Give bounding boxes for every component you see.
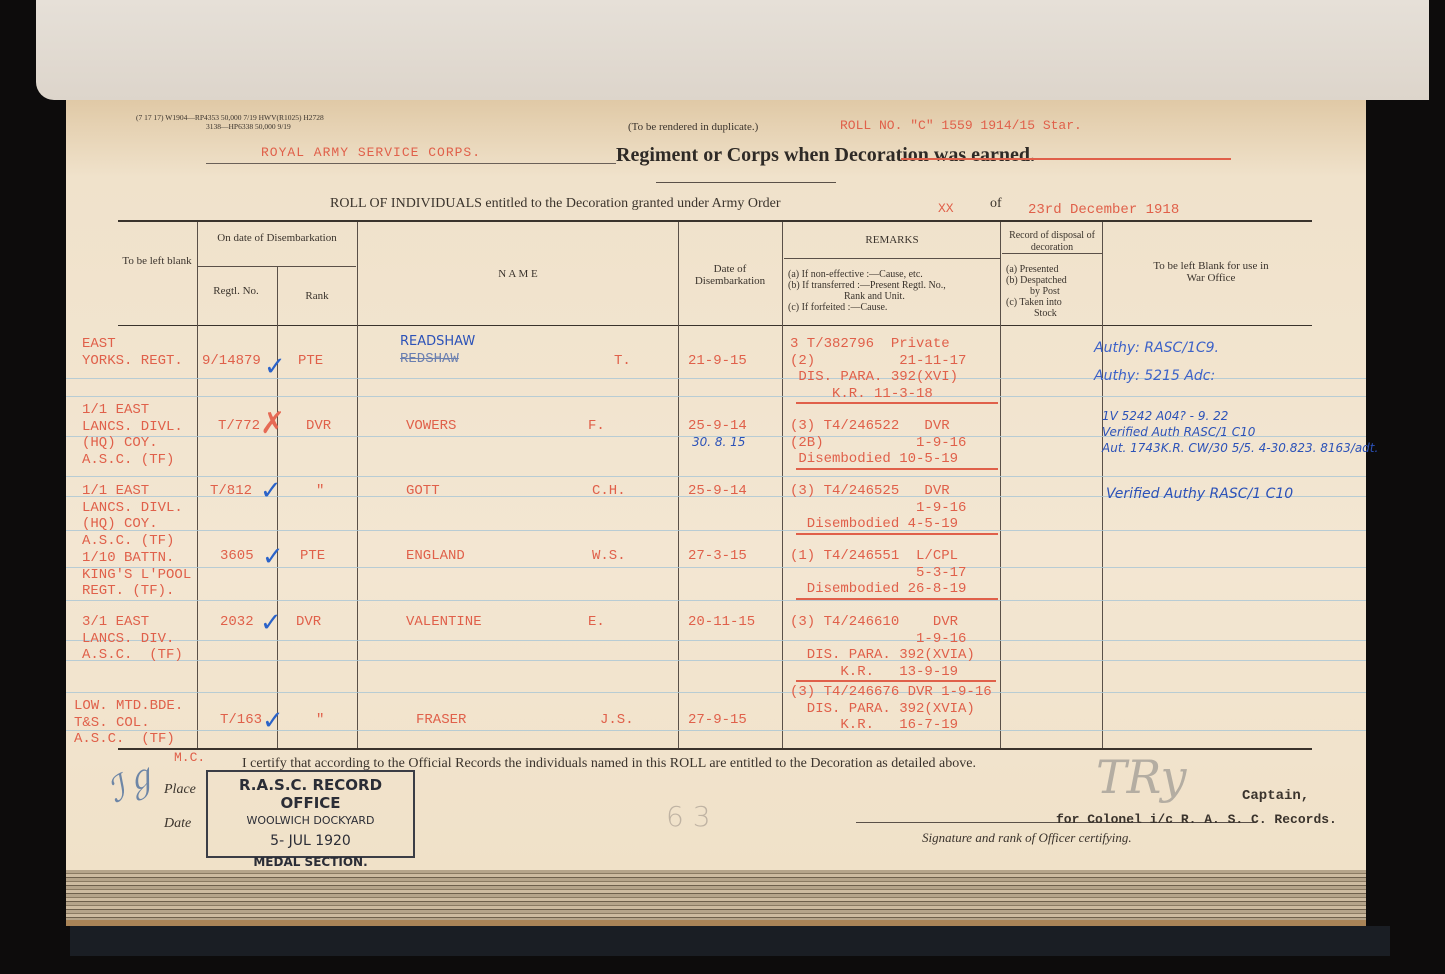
stamp-line3: 5- JUL 1920 bbox=[208, 833, 413, 849]
rank: DVR bbox=[306, 418, 331, 435]
remarks: (3) T4/246525 DVR 1-9-16 Disembodied 4-5… bbox=[790, 483, 966, 533]
rank: " bbox=[316, 712, 324, 729]
order-date: 23rd December 1918 bbox=[1028, 202, 1179, 218]
book-cover bbox=[70, 926, 1390, 956]
header-disposal: Record of disposal of decoration bbox=[1002, 230, 1102, 254]
stamp-line1: R.A.S.C. RECORD OFFICE bbox=[208, 776, 413, 812]
remarks: 3 T/382796 Private (2) 21-11-17 DIS. PAR… bbox=[790, 336, 966, 402]
check-mark-icon: ✓ bbox=[262, 706, 284, 736]
disposal-c2: Stock bbox=[1006, 308, 1067, 319]
header-date-disembarkation: Date of Disembarkation bbox=[680, 263, 780, 287]
war-office-note: Verified Authy RASC/1 C10 bbox=[1106, 486, 1293, 503]
signature: TRy bbox=[1096, 750, 1187, 804]
roll-number: ROLL NO. "C" 1559 1914/15 Star. bbox=[840, 118, 1082, 133]
rank: DVR bbox=[296, 614, 321, 631]
surname: FRASER bbox=[416, 712, 466, 729]
regtl-no: T/772 bbox=[218, 418, 260, 435]
header-war-office: To be left Blank for use in War Office bbox=[1146, 260, 1276, 284]
surname-correction: READSHAW bbox=[400, 334, 475, 351]
remarks: (3) T4/246610 DVR 1-9-16 DIS. PARA. 392(… bbox=[790, 614, 975, 680]
check-mark-icon: ✓ bbox=[262, 542, 284, 572]
regtl-no: 3605 bbox=[220, 548, 254, 565]
print-code-line1: (7 17 17) W1904—RP4353 50,000 7/19 HWV(R… bbox=[136, 113, 324, 122]
header-regtl-no: Regtl. No. bbox=[206, 285, 266, 297]
mc-label: M.C. bbox=[174, 750, 205, 765]
initials: J.S. bbox=[600, 712, 634, 729]
disposal-b: (b) Despatched bbox=[1006, 275, 1067, 286]
check-mark-icon: ✓ bbox=[260, 476, 282, 506]
rank: PTE bbox=[300, 548, 325, 565]
rank: PTE bbox=[298, 353, 323, 370]
initials: C.H. bbox=[592, 483, 626, 500]
header-on-date: On date of Disembarkation bbox=[198, 232, 356, 244]
disembarkation-date: 27-9-15 bbox=[688, 712, 747, 729]
page-edges bbox=[66, 870, 1366, 926]
war-office-note: Authy: RASC/1C9. Authy: 5215 Adc: bbox=[1094, 334, 1219, 390]
regtl-no: T/163 bbox=[220, 712, 262, 729]
rank: " bbox=[316, 483, 324, 500]
disposal-options: (a) Presented (b) Despatched by Post (c)… bbox=[1006, 264, 1067, 319]
disposal-c: (c) Taken into bbox=[1006, 297, 1067, 308]
pencil-number: 6 3 bbox=[666, 800, 711, 833]
date-label: Date bbox=[164, 816, 191, 832]
disembarkation-date: 25-9-14 bbox=[688, 418, 747, 435]
duplicate-note: (To be rendered in duplicate.) bbox=[628, 121, 758, 133]
unit: 3/1 EAST LANCS. DIV. A.S.C. (TF) bbox=[82, 614, 183, 664]
initials-scribble: ℐℊ bbox=[98, 747, 164, 813]
of-label: of bbox=[990, 196, 1002, 212]
cross-mark-icon: ✗ bbox=[260, 406, 285, 441]
unit: EAST YORKS. REGT. bbox=[82, 336, 183, 369]
disposal-a: (a) Presented bbox=[1006, 264, 1067, 275]
roll-title: ROLL OF INDIVIDUALS entitled to the Deco… bbox=[330, 196, 780, 212]
remarks: (1) T4/246551 L/CPL 5-3-17 Disembodied 2… bbox=[790, 548, 966, 598]
disembarkation-date: 27-3-15 bbox=[688, 548, 747, 565]
initials: F. bbox=[588, 418, 605, 435]
header-name: N A M E bbox=[358, 268, 678, 280]
stamp-line4: MEDAL SECTION. bbox=[208, 855, 413, 869]
disembarkation-date: 25-9-14 bbox=[688, 483, 747, 500]
unit: 1/10 BATTN. KING'S L'POOL REGT. (TF). bbox=[82, 550, 191, 600]
corps-caption: Regiment or Corps when Decoration was ea… bbox=[616, 144, 1035, 167]
regtl-no: 2032 bbox=[220, 614, 254, 631]
regtl-no: T/812 bbox=[210, 483, 252, 500]
corps-name: ROYAL ARMY SERVICE CORPS. bbox=[261, 145, 481, 160]
initials: T. bbox=[614, 353, 631, 370]
ledger-page: (7 17 17) W1904—RP4353 50,000 7/19 HWV(R… bbox=[66, 100, 1366, 872]
disembarkation-date: 21-9-15 bbox=[688, 353, 747, 370]
initials: E. bbox=[588, 614, 605, 631]
surname: VALENTINE bbox=[406, 614, 482, 631]
stamp-line2: WOOLWICH DOCKYARD bbox=[208, 814, 413, 827]
initials: W.S. bbox=[592, 548, 626, 565]
remarks-c: (c) If forfeited :—Cause. bbox=[788, 302, 946, 313]
check-mark-icon: ✓ bbox=[264, 352, 286, 382]
surname: VOWERS bbox=[406, 418, 456, 435]
remarks: (3) T4/246676 DVR 1-9-16 DIS. PARA. 392(… bbox=[790, 684, 992, 734]
remarks: (3) T4/246522 DVR (2B) 1-9-16 Disembodie… bbox=[790, 418, 966, 468]
check-mark-icon: ✓ bbox=[260, 608, 282, 638]
disembarkation-date: 20-11-15 bbox=[688, 614, 755, 631]
signature-caption: Signature and rank of Officer certifying… bbox=[922, 830, 1132, 846]
remarks-a: (a) If non-effective :—Cause, etc. bbox=[788, 269, 946, 280]
header-rank: Rank bbox=[278, 290, 356, 302]
for-colonel-line: for Colonel i/c R. A. S. C. Records. bbox=[1056, 812, 1337, 827]
surname: GOTT bbox=[406, 483, 440, 500]
header-blank: To be left blank bbox=[118, 255, 196, 267]
unit: 1/1 EAST LANCS. DIVL. (HQ) COY. A.S.C. (… bbox=[82, 483, 183, 549]
officer-rank: Captain, bbox=[1242, 788, 1309, 804]
header-remarks: REMARKS bbox=[784, 234, 1000, 246]
print-code-line2: 3138—HP6338 50,000 9/19 bbox=[136, 122, 324, 131]
remarks-b2: Rank and Unit. bbox=[788, 291, 946, 302]
disposal-b2: by Post bbox=[1006, 286, 1067, 297]
regtl-no: 9/14879 bbox=[202, 353, 261, 370]
unit: 1/1 EAST LANCS. DIVL. (HQ) COY. A.S.C. (… bbox=[82, 402, 183, 468]
surname: ENGLAND bbox=[406, 548, 465, 565]
record-office-stamp: R.A.S.C. RECORD OFFICE WOOLWICH DOCKYARD… bbox=[206, 770, 415, 858]
remarks-instructions: (a) If non-effective :—Cause, etc. (b) I… bbox=[788, 269, 946, 313]
place-label: Place bbox=[164, 782, 196, 798]
surname: REDSHAW bbox=[400, 351, 459, 368]
date-correction: 30. 8. 15 bbox=[692, 434, 745, 451]
war-office-note: 1V 5242 A04? - 9. 22 Verified Auth RASC/… bbox=[1102, 408, 1378, 456]
remarks-b: (b) If transferred :—Present Regtl. No., bbox=[788, 280, 946, 291]
previous-page bbox=[36, 0, 1429, 100]
print-codes: (7 17 17) W1904—RP4353 50,000 7/19 HWV(R… bbox=[136, 113, 324, 131]
unit: LOW. MTD.BDE. T&S. COL. A.S.C. (TF) bbox=[74, 698, 183, 748]
army-order: XX bbox=[938, 201, 954, 216]
